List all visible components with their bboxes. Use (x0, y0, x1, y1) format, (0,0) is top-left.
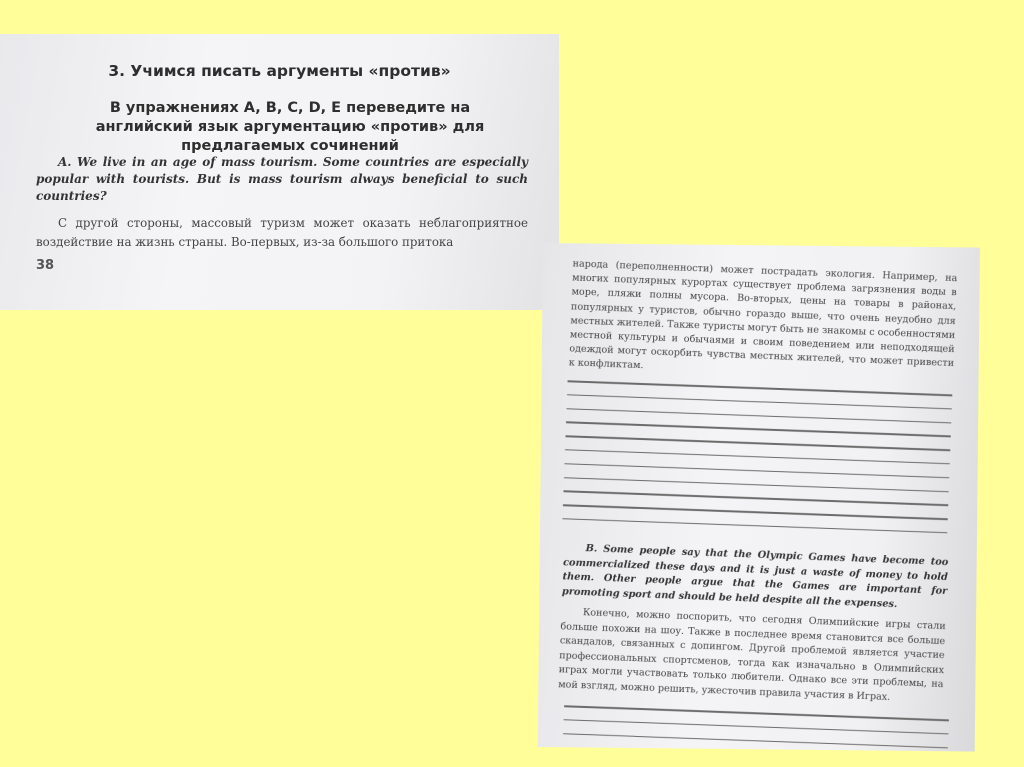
exercise-b-prompt: B. Some people say that the Olympic Game… (562, 541, 949, 614)
answer-line (564, 477, 949, 493)
answer-line (563, 491, 948, 507)
answer-lines-b (563, 705, 949, 751)
page-number: 38 (36, 258, 54, 273)
answer-line (566, 408, 951, 424)
answer-line (566, 422, 951, 438)
section-title: 3. Учимся писать аргументы «против» (0, 62, 559, 80)
answer-line (565, 435, 950, 451)
answer-line (565, 449, 950, 465)
answer-line (564, 705, 949, 721)
exercise-a-text: С другой стороны, массовый туризм может … (36, 214, 528, 252)
answer-line (562, 518, 947, 534)
exercise-a-prompt: A. We live in an age of mass tourism. So… (36, 154, 528, 205)
exercise-b-text: Конечно, можно поспорить, что сегодня Ол… (558, 605, 946, 707)
answer-line (563, 733, 948, 749)
answer-line (564, 719, 949, 735)
answer-line (567, 394, 952, 410)
exercise-instruction: В упражнениях A, B, C, D, E переведите н… (90, 99, 490, 156)
answer-line (564, 463, 949, 479)
exercise-a-continued-text: народа (переполненности) может пострадат… (568, 257, 957, 385)
textbook-page-39: народа (переполненности) может пострадат… (538, 243, 980, 752)
answer-lines-a (562, 380, 952, 546)
answer-line (563, 504, 948, 520)
textbook-page-38: 3. Учимся писать аргументы «против» В уп… (0, 34, 559, 310)
